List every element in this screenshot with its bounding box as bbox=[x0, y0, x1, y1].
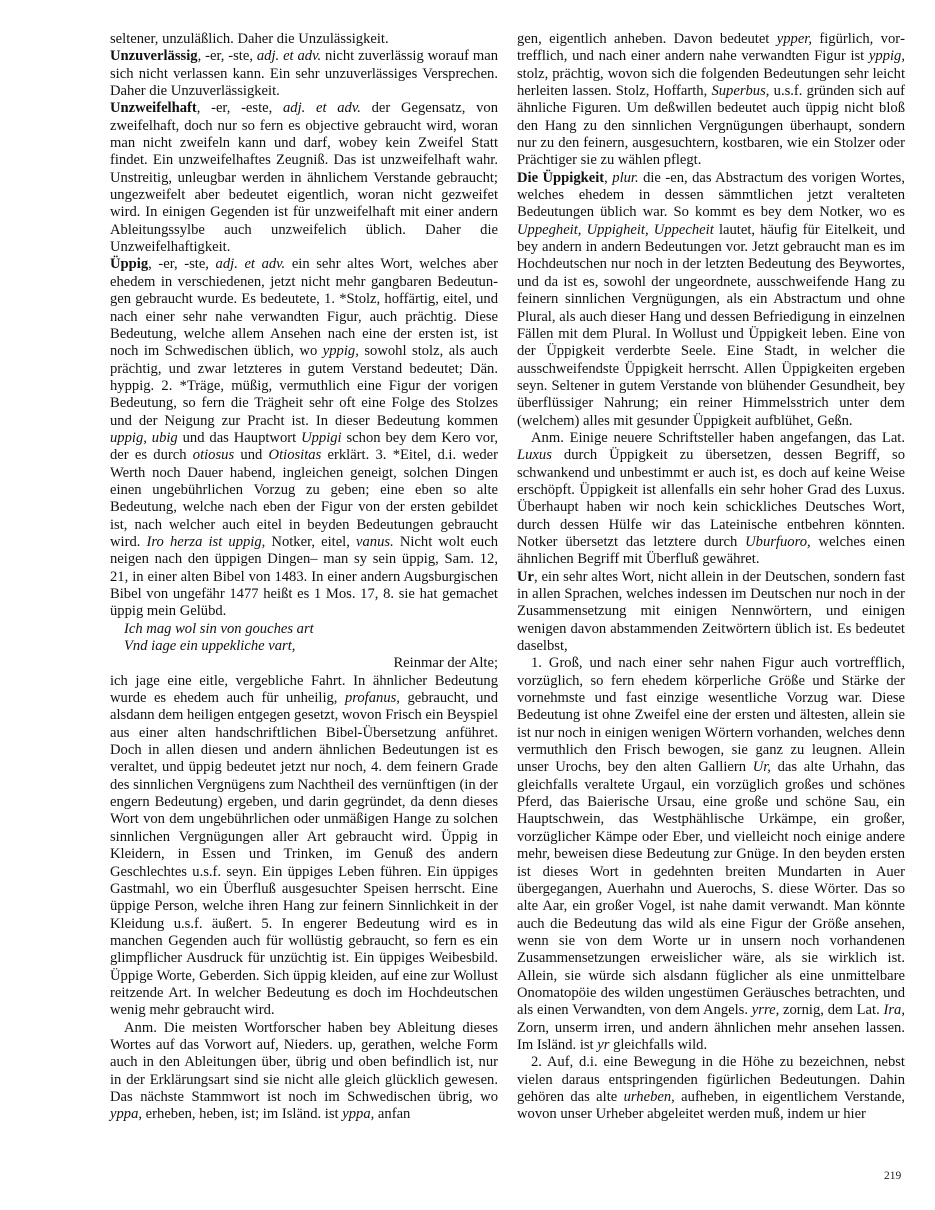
dictionary-paragraph: Ur, ein sehr altes Wort, nicht allein in… bbox=[517, 569, 905, 656]
text-run: gebraucht, und alsdann dem heiligen entg… bbox=[110, 690, 498, 1018]
dictionary-paragraph: Anm. Die meisten Wortforscher haben bey … bbox=[110, 1020, 498, 1124]
italic-term: Uppegheit, Uppigheit, Uppecheit bbox=[517, 222, 714, 238]
text-run: und das Hauptwort bbox=[178, 430, 301, 446]
text-run: , -er, -ste, bbox=[148, 256, 215, 272]
verse-attribution: Reinmar der Alte; bbox=[110, 655, 498, 672]
verse-line: Ich mag wol sin von gouches art bbox=[110, 621, 498, 638]
page-number: 219 bbox=[884, 1170, 901, 1182]
text-run: der Gegensatz, von zweifelhaft, doch nur… bbox=[110, 100, 498, 255]
italic-term: plur. bbox=[612, 170, 638, 186]
italic-term: otiosus bbox=[193, 447, 234, 463]
dictionary-paragraph: gen, eigentlich anheben. Davon bedeutet … bbox=[517, 31, 905, 170]
italic-term: yppa, bbox=[342, 1106, 374, 1122]
dictionary-paragraph: Unzuverlässig, -er, -ste, adj. et adv. n… bbox=[110, 48, 498, 100]
text-run: gleichfalls wild. bbox=[609, 1037, 707, 1053]
italic-term: urheben, bbox=[624, 1089, 675, 1105]
text-run: Notker, eitel, bbox=[265, 534, 356, 550]
italic-term: profanus, bbox=[345, 690, 400, 706]
text-run: , -er, -este, bbox=[197, 100, 283, 116]
text-run: und bbox=[234, 447, 268, 463]
text-run: erheben, heben, ist; im Isländ. ist bbox=[142, 1106, 342, 1122]
text-run: , -er, -ste, bbox=[198, 48, 257, 64]
text-run: gen, eigentlich anheben. Davon bedeutet bbox=[517, 31, 777, 47]
dictionary-paragraph: Anm. Einige neuere Schriftsteller haben … bbox=[517, 430, 905, 569]
italic-term: Uburfuoro, bbox=[745, 534, 811, 550]
italic-term: vanus. bbox=[356, 534, 394, 550]
italic-term: yp­pig, bbox=[869, 48, 905, 64]
text-run: Anm. Die meisten Wortforscher haben bey … bbox=[110, 1020, 498, 1105]
headword: Unzuverlässig bbox=[110, 48, 198, 64]
italic-term: ypper, bbox=[777, 31, 812, 47]
dictionary-paragraph: ich jage eine eitle, vergebliche Fahrt. … bbox=[110, 673, 498, 1020]
text-run: Anm. Einige neuere Schriftsteller haben … bbox=[531, 430, 905, 446]
italic-term: uppig, ubig bbox=[110, 430, 178, 446]
italic-term: Iro herza ist uppig, bbox=[147, 534, 266, 550]
text-run: das alte Ur­hahn, das gleichfalls veralt… bbox=[517, 759, 905, 1018]
text-run: 1. Groß, und nach einer sehr nahen Figur… bbox=[517, 655, 905, 775]
dictionary-paragraph: Üppig, -er, -ste, adj. et adv. ein sehr … bbox=[110, 256, 498, 620]
italic-term: adj. et adv. bbox=[283, 100, 361, 116]
headword: Die Üppigkeit bbox=[517, 170, 604, 186]
right-column: gen, eigentlich anheben. Davon bedeutet … bbox=[517, 31, 905, 1124]
dictionary-paragraph: Die Üppigkeit, plur. die -en, das Abstra… bbox=[517, 170, 905, 430]
italic-term: yr bbox=[597, 1037, 609, 1053]
italic-term: Superbus, bbox=[711, 83, 769, 99]
headword: Unzweifelhaft bbox=[110, 100, 197, 116]
dictionary-paragraph: Unzweifelhaft, -er, -este, adj. et adv. … bbox=[110, 100, 498, 256]
italic-term: Otiositas bbox=[269, 447, 322, 463]
italic-term: yrre, bbox=[752, 1002, 779, 1018]
text-run: seltener, unzuläßlich. Daher die Unzuläs… bbox=[110, 31, 389, 47]
text-run: , ein sehr altes Wort, nicht allein in d… bbox=[517, 569, 905, 654]
italic-term: Ur, bbox=[753, 759, 771, 775]
verse-line: Vnd iage ein uppekliche vart, bbox=[110, 638, 498, 655]
italic-term: yppa, bbox=[110, 1106, 142, 1122]
italic-term: adj. et adv. bbox=[216, 256, 286, 272]
italic-term: yppig, bbox=[323, 343, 359, 359]
text-run: Zorn, unserm irren, und andern ähnlichen… bbox=[517, 1020, 905, 1053]
italic-term: Ira, bbox=[884, 1002, 906, 1018]
text-run: anfan­ bbox=[374, 1106, 410, 1122]
headword: Ur bbox=[517, 569, 534, 585]
dictionary-paragraph: seltener, unzuläßlich. Daher die Unzuläs… bbox=[110, 31, 498, 48]
dictionary-paragraph: 1. Groß, und nach einer sehr nahen Figur… bbox=[517, 655, 905, 1054]
left-column: seltener, unzuläßlich. Daher die Unzuläs… bbox=[110, 31, 498, 1124]
text-run: zornig, dem Lat. bbox=[779, 1002, 883, 1018]
italic-term: Uppigi bbox=[301, 430, 342, 446]
italic-term: adj. et adv. bbox=[257, 48, 321, 64]
text-run: lautet, häufig für Eitelkeit, und bey an… bbox=[517, 222, 905, 429]
italic-term: Luxus bbox=[517, 447, 552, 463]
headword: Üppig bbox=[110, 256, 148, 272]
dictionary-paragraph: 2. Auf, d.i. eine Bewegung in die Höhe z… bbox=[517, 1054, 905, 1123]
